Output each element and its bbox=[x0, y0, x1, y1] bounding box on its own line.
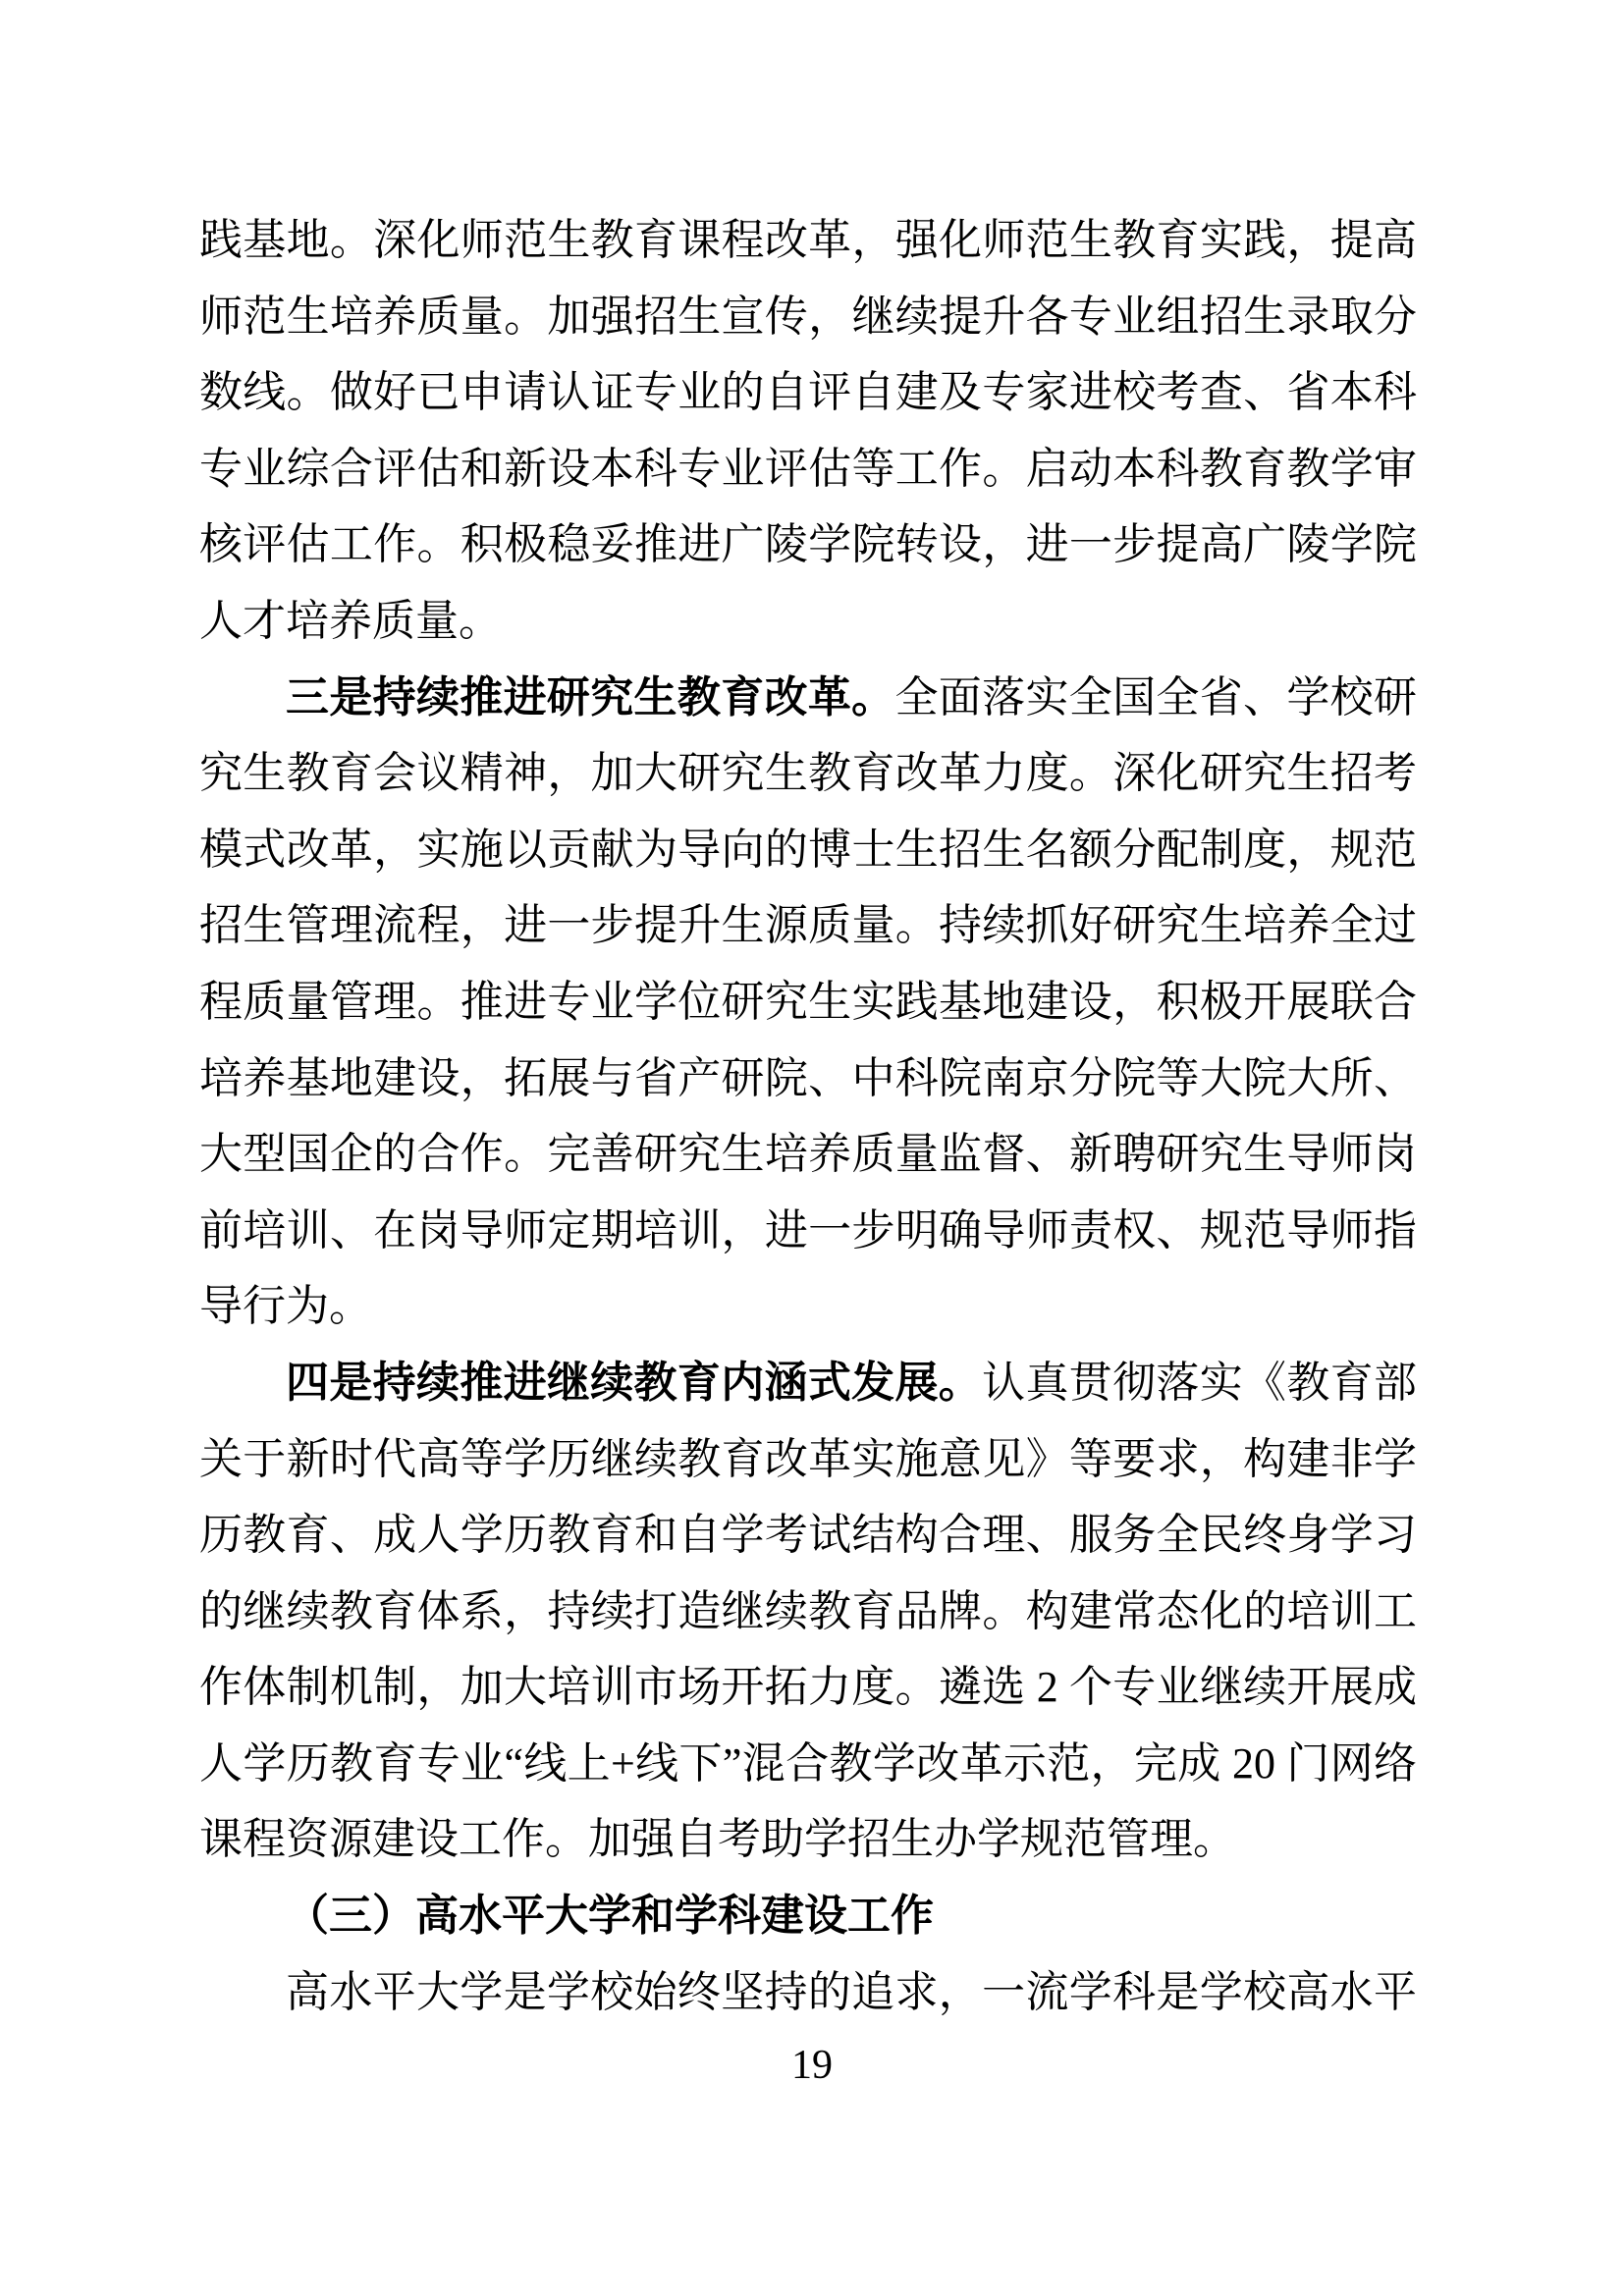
section-heading: （三）高水平大学和学科建设工作 bbox=[199, 1878, 1417, 1954]
paragraph-end-line: 导行为。 bbox=[199, 1268, 1417, 1345]
body-text: 人才培养质量。 bbox=[199, 597, 502, 645]
body-line-8: 究生教育会议精神，加大研究生教育改革力度。深化研究生招考 bbox=[199, 735, 1417, 812]
page-number: 19 bbox=[0, 2044, 1624, 2087]
body-line-17: 关于新时代高等学历继续教育改革实施意见》等要求，构建非学 bbox=[199, 1421, 1417, 1498]
body-text: 大型国企的合作。完善研究生培养质量监督、新聘研究生导师岗 bbox=[199, 1130, 1417, 1178]
body-text: 前培训、在岗导师定期培训，进一步明确导师责权、规范导师指 bbox=[199, 1206, 1417, 1255]
body-text: 导行为。 bbox=[199, 1282, 372, 1330]
body-text: 程质量管理。推进专业学位研究生实践基地建设，积极开展联合 bbox=[199, 978, 1417, 1026]
body-line-9: 模式改革，实施以贡献为导向的博士生招生名额分配制度，规范 bbox=[199, 812, 1417, 888]
body-line-19: 的继续教育体系，持续打造继续教育品牌。构建常态化的培训工 bbox=[199, 1574, 1417, 1650]
body-text: 师范生培养质量。加强招生宣传，继续提升各专业组招生录取分 bbox=[199, 293, 1417, 341]
body-line-14: 前培训、在岗导师定期培训，进一步明确导师责权、规范导师指 bbox=[199, 1193, 1417, 1269]
body-line-11: 程质量管理。推进专业学位研究生实践基地建设，积极开展联合 bbox=[199, 964, 1417, 1041]
paragraph-end-line: 课程资源建设工作。加强自考助学招生办学规范管理。 bbox=[199, 1801, 1417, 1878]
body-line-1: 践基地。深化师范生教育课程改革，强化师范生教育实践，提高 bbox=[199, 202, 1417, 279]
body-line-3: 数线。做好已申请认证专业的自评自建及专家进校考查、省本科 bbox=[199, 354, 1417, 431]
body-line-20: 作体制机制，加大培训市场开拓力度。遴选 2 个专业继续开展成 bbox=[199, 1649, 1417, 1726]
paragraph-start-line: 四是持续推进继续教育内涵式发展。认真贯彻落实《教育部 bbox=[199, 1345, 1417, 1421]
body-line-10: 招生管理流程，进一步提升生源质量。持续抓好研究生培养全过 bbox=[199, 887, 1417, 964]
body-text: 培养基地建设，拓展与省产研院、中科院南京分院等大院大所、 bbox=[199, 1054, 1417, 1102]
body-text: 历教育、成人学历教育和自学考试结构合理、服务全民终身学习 bbox=[199, 1511, 1417, 1559]
paragraph-end-line: 人才培养质量。 bbox=[199, 583, 1417, 660]
body-text: 的继续教育体系，持续打造继续教育品牌。构建常态化的培训工 bbox=[199, 1587, 1417, 1635]
body-line-13: 大型国企的合作。完善研究生培养质量监督、新聘研究生导师岗 bbox=[199, 1116, 1417, 1193]
body-text: 专业综合评估和新设本科专业评估等工作。启动本科教育教学审 bbox=[199, 445, 1417, 493]
body-line-2: 师范生培养质量。加强招生宣传，继续提升各专业组招生录取分 bbox=[199, 279, 1417, 355]
body-text: 人学历教育专业“线上+线下”混合教学改革示范，完成 20 门网络 bbox=[199, 1739, 1417, 1788]
body-line-21: 人学历教育专业“线上+线下”混合教学改革示范，完成 20 门网络 bbox=[199, 1726, 1417, 1802]
body-line-4: 专业综合评估和新设本科专业评估等工作。启动本科教育教学审 bbox=[199, 431, 1417, 507]
body-text: 究生教育会议精神，加大研究生教育改革力度。深化研究生招考 bbox=[199, 749, 1417, 797]
body-text: 招生管理流程，进一步提升生源质量。持续抓好研究生培养全过 bbox=[199, 901, 1417, 949]
body-text: 认真贯彻落实《教育部 bbox=[982, 1359, 1417, 1407]
body-text: 全面落实全国全省、学校研 bbox=[894, 673, 1417, 721]
body-line-5: 核评估工作。积极稳妥推进广陵学院转设，进一步提高广陵学院 bbox=[199, 507, 1417, 583]
body-text: 高水平大学是学校始终坚持的追求，一流学科是学校高水平 bbox=[286, 1968, 1417, 2016]
body-text: 关于新时代高等学历继续教育改革实施意见》等要求，构建非学 bbox=[199, 1435, 1417, 1483]
inline-heading: 三是持续推进研究生教育改革。 bbox=[286, 673, 894, 721]
body-text: 课程资源建设工作。加强自考助学招生办学规范管理。 bbox=[199, 1815, 1236, 1863]
paragraph-start-line: 高水平大学是学校始终坚持的追求，一流学科是学校高水平 bbox=[199, 1954, 1417, 2031]
body-text: 作体制机制，加大培训市场开拓力度。遴选 2 个专业继续开展成 bbox=[199, 1663, 1417, 1711]
text-block: 践基地。深化师范生教育课程改革，强化师范生教育实践，提高 师范生培养质量。加强招… bbox=[199, 202, 1417, 2030]
body-text: 核评估工作。积极稳妥推进广陵学院转设，进一步提高广陵学院 bbox=[199, 520, 1417, 568]
body-line-18: 历教育、成人学历教育和自学考试结构合理、服务全民终身学习 bbox=[199, 1497, 1417, 1574]
paragraph-start-line: 三是持续推进研究生教育改革。全面落实全国全省、学校研 bbox=[199, 660, 1417, 736]
body-text: 践基地。深化师范生教育课程改革，强化师范生教育实践，提高 bbox=[199, 216, 1417, 264]
body-text: 数线。做好已申请认证专业的自评自建及专家进校考查、省本科 bbox=[199, 368, 1417, 416]
inline-heading: 四是持续推进继续教育内涵式发展。 bbox=[286, 1359, 982, 1407]
document-page: 践基地。深化师范生教育课程改革，强化师范生教育实践，提高 师范生培养质量。加强招… bbox=[0, 0, 1624, 2296]
section-heading-text: （三）高水平大学和学科建设工作 bbox=[286, 1892, 934, 1940]
body-text: 模式改革，实施以贡献为导向的博士生招生名额分配制度，规范 bbox=[199, 826, 1417, 874]
body-line-12: 培养基地建设，拓展与省产研院、中科院南京分院等大院大所、 bbox=[199, 1041, 1417, 1117]
